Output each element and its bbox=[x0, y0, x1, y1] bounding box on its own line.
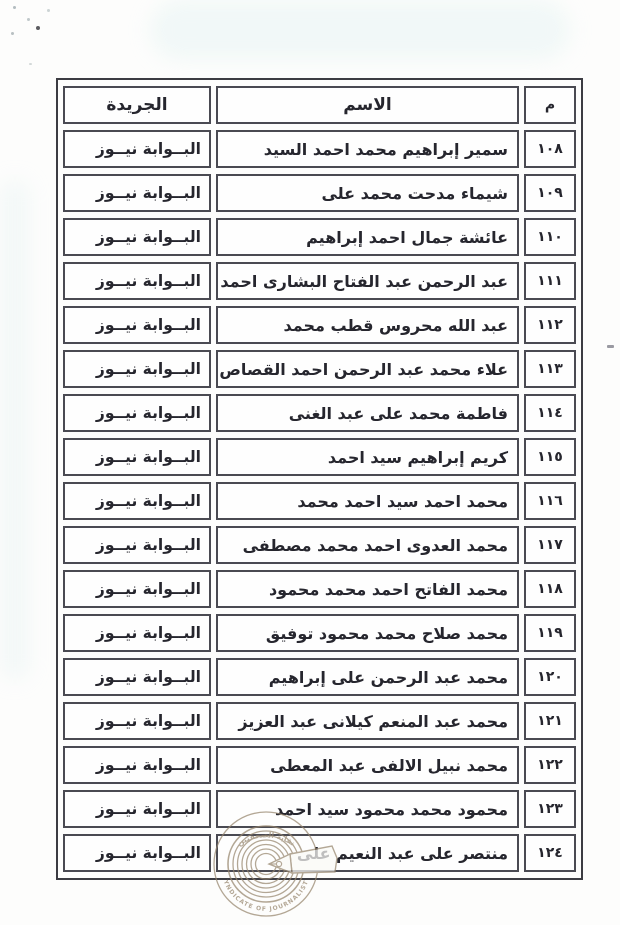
newspaper-cell: البــوابة نيــوز bbox=[63, 746, 211, 784]
newspaper-cell: البــوابة نيــوز bbox=[63, 702, 211, 740]
row-number-cell: ١٢٢ bbox=[524, 746, 576, 784]
name-cell: عائشة جمال احمد إبراهيم bbox=[216, 218, 519, 256]
name-cell: محمد نبيل الالفى عبد المعطى bbox=[216, 746, 519, 784]
row-number-cell: ١١٤ bbox=[524, 394, 576, 432]
name-cell: محمد الفاتح احمد محمد محمود bbox=[216, 570, 519, 608]
table-row: ١٢٢محمد نبيل الالفى عبد المعطىالبــوابة … bbox=[63, 746, 576, 784]
row-number-cell: ١١٣ bbox=[524, 350, 576, 388]
table-row: ١١٢عبد الله محروس قطب محمدالبــوابة نيــ… bbox=[63, 306, 576, 344]
table-row: ١٢٤منتصر على عبد النعيم علىالبــوابة نيـ… bbox=[63, 834, 576, 872]
row-number-cell: ١١٦ bbox=[524, 482, 576, 520]
row-number-cell: ١١٢ bbox=[524, 306, 576, 344]
row-number-cell: ١٢٣ bbox=[524, 790, 576, 828]
header-row: م الاسم الجريدة bbox=[63, 86, 576, 124]
table-row: ١٠٩شيماء مدحت محمد علىالبــوابة نيــوز bbox=[63, 174, 576, 212]
name-cell: فاطمة محمد على عبد الغنى bbox=[216, 394, 519, 432]
journalists-roster-table: م الاسم الجريدة ١٠٨سمير إبراهيم محمد احم… bbox=[56, 78, 583, 880]
scanned-document-page: م الاسم الجريدة ١٠٨سمير إبراهيم محمد احم… bbox=[0, 0, 620, 925]
scan-tint-patch bbox=[0, 180, 30, 680]
newspaper-cell: البــوابة نيــوز bbox=[63, 438, 211, 476]
name-cell: محمد عبد الرحمن على إبراهيم bbox=[216, 658, 519, 696]
table-row: ١٢٣محمود محمد محمود سيد احمدالبــوابة ني… bbox=[63, 790, 576, 828]
row-number-cell: ١١٠ bbox=[524, 218, 576, 256]
newspaper-cell: البــوابة نيــوز bbox=[63, 218, 211, 256]
newspaper-cell: البــوابة نيــوز bbox=[63, 482, 211, 520]
table-row: ١٢٠محمد عبد الرحمن على إبراهيمالبــوابة … bbox=[63, 658, 576, 696]
row-number-cell: ١٢٤ bbox=[524, 834, 576, 872]
newspaper-cell: البــوابة نيــوز bbox=[63, 834, 211, 872]
pen-speck bbox=[29, 63, 32, 65]
row-number-cell: ١٢١ bbox=[524, 702, 576, 740]
name-cell: شيماء مدحت محمد على bbox=[216, 174, 519, 212]
row-number-cell: ١١١ bbox=[524, 262, 576, 300]
newspaper-cell: البــوابة نيــوز bbox=[63, 614, 211, 652]
table-row: ١١٦محمد احمد سيد احمد محمدالبــوابة نيــ… bbox=[63, 482, 576, 520]
table-row: ١١٥كريم إبراهيم سيد احمدالبــوابة نيــوز bbox=[63, 438, 576, 476]
name-cell: محمود محمد محمود سيد احمد bbox=[216, 790, 519, 828]
table-row: ١٢١محمد عبد المنعم كيلانى عبد العزيزالبـ… bbox=[63, 702, 576, 740]
table-row: ١١٧محمد العدوى احمد محمد مصطفىالبــوابة … bbox=[63, 526, 576, 564]
pen-speck bbox=[27, 18, 30, 21]
name-cell: عبد الرحمن عبد الفتاح البشارى احمد bbox=[216, 262, 519, 300]
name-cell: سمير إبراهيم محمد احمد السيد bbox=[216, 130, 519, 168]
pen-speck bbox=[47, 9, 50, 12]
newspaper-cell: البــوابة نيــوز bbox=[63, 790, 211, 828]
newspaper-cell: البــوابة نيــوز bbox=[63, 658, 211, 696]
name-cell: محمد العدوى احمد محمد مصطفى bbox=[216, 526, 519, 564]
row-number-cell: ١٠٩ bbox=[524, 174, 576, 212]
newspaper-cell: البــوابة نيــوز bbox=[63, 570, 211, 608]
header-name: الاسم bbox=[216, 86, 519, 124]
name-cell: محمد عبد المنعم كيلانى عبد العزيز bbox=[216, 702, 519, 740]
table-row: ١١٩محمد صلاح محمد محمود توفيقالبــوابة ن… bbox=[63, 614, 576, 652]
pen-speck bbox=[36, 26, 40, 30]
name-cell: عبد الله محروس قطب محمد bbox=[216, 306, 519, 344]
row-number-cell: ١١٩ bbox=[524, 614, 576, 652]
header-number: م bbox=[524, 86, 576, 124]
name-cell: منتصر على عبد النعيم على bbox=[216, 834, 519, 872]
newspaper-cell: البــوابة نيــوز bbox=[63, 174, 211, 212]
newspaper-cell: البــوابة نيــوز bbox=[63, 350, 211, 388]
scan-tint-patch bbox=[150, 0, 570, 60]
name-cell: محمد احمد سيد احمد محمد bbox=[216, 482, 519, 520]
header-newspaper: الجريدة bbox=[63, 86, 211, 124]
newspaper-cell: البــوابة نيــوز bbox=[63, 394, 211, 432]
table-row: ١٠٨سمير إبراهيم محمد احمد السيدالبــوابة… bbox=[63, 130, 576, 168]
name-cell: كريم إبراهيم سيد احمد bbox=[216, 438, 519, 476]
newspaper-cell: البــوابة نيــوز bbox=[63, 262, 211, 300]
pen-speck bbox=[13, 6, 16, 9]
table-row: ١١١عبد الرحمن عبد الفتاح البشارى احمدالب… bbox=[63, 262, 576, 300]
table-row: ١١٨محمد الفاتح احمد محمد محمودالبــوابة … bbox=[63, 570, 576, 608]
name-cell: محمد صلاح محمد محمود توفيق bbox=[216, 614, 519, 652]
table-row: ١١٤فاطمة محمد على عبد الغنىالبــوابة نيـ… bbox=[63, 394, 576, 432]
row-number-cell: ١١٧ bbox=[524, 526, 576, 564]
pen-speck bbox=[11, 32, 14, 35]
name-cell: علاء محمد عبد الرحمن احمد القصاص bbox=[216, 350, 519, 388]
row-number-cell: ١١٨ bbox=[524, 570, 576, 608]
row-number-cell: ١٢٠ bbox=[524, 658, 576, 696]
table-row: ١١٠عائشة جمال احمد إبراهيمالبــوابة نيــ… bbox=[63, 218, 576, 256]
newspaper-cell: البــوابة نيــوز bbox=[63, 526, 211, 564]
newspaper-cell: البــوابة نيــوز bbox=[63, 130, 211, 168]
roster-body: ١٠٨سمير إبراهيم محمد احمد السيدالبــوابة… bbox=[63, 130, 576, 872]
row-number-cell: ١١٥ bbox=[524, 438, 576, 476]
newspaper-cell: البــوابة نيــوز bbox=[63, 306, 211, 344]
row-number-cell: ١٠٨ bbox=[524, 130, 576, 168]
margin-mark bbox=[607, 345, 614, 348]
table-row: ١١٣علاء محمد عبد الرحمن احمد القصاصالبــ… bbox=[63, 350, 576, 388]
